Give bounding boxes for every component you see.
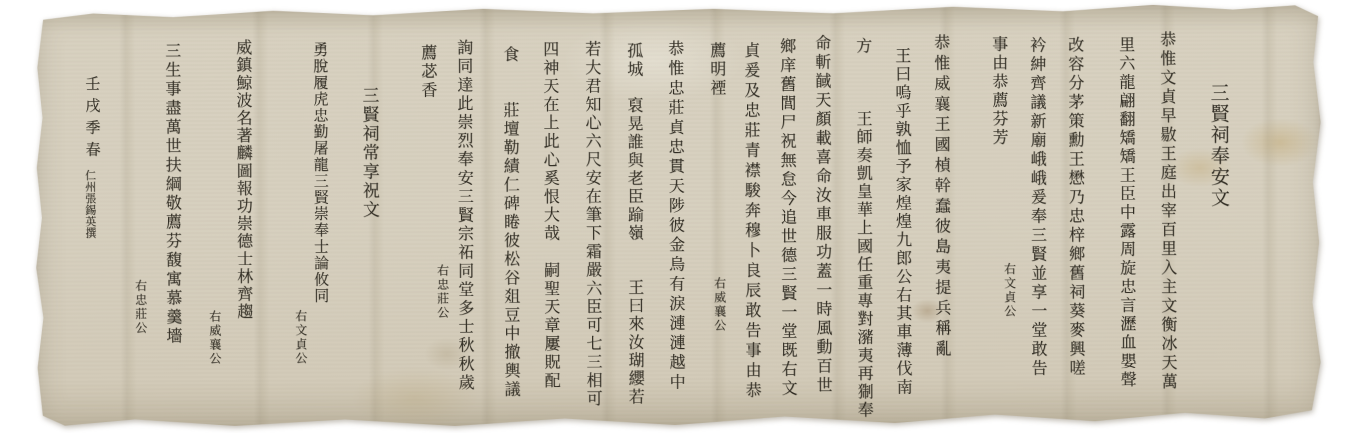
text-column: 壬戌季春 (84, 76, 100, 164)
title-column: 三賢祠常享祝文 (359, 86, 377, 219)
manuscript-paper: 三賢祠奉安文恭惟文貞早敭王庭出宰百里入主文衡冰天萬里六龍翩翻矯矯王臣中露周旋忠言… (33, 2, 1323, 431)
attribution-column: 右忠莊公 (436, 264, 449, 320)
attribution-column: 右忠莊公 (134, 279, 147, 335)
text-column: 威鎮鯨波名著麟圖報功崇德士林齊趨 (234, 39, 252, 321)
text-column: 三生事盡萬世扶綱敬薦芬馥寓慕羹墻 (163, 42, 181, 346)
text-column: 若大君知心六尺安在筆下霜嚴六臣可七三相可 (583, 40, 601, 408)
text-column: 孤城 裒晃誰與老臣踰嶺 王曰來汝瑚纓若 (625, 42, 643, 406)
text-column: 改容分茅策勳王懋乃忠梓鄉舊祠葵麥興嗟 (1066, 36, 1084, 378)
text-column: 薦明禋 (708, 42, 725, 98)
text-column: 四神天在上此心奚恨大哉 嗣聖天章屢貺配 (541, 41, 559, 391)
attribution-column: 右威襄公 (208, 310, 221, 366)
text-column: 恭惟威襄王國楨幹蠢彼島夷提兵稱亂 (932, 34, 950, 360)
text-column: 仁州張錫英撰 (84, 170, 96, 239)
text-column: 詢同達此崇烈奉安三賢宗祏同堂多士秋秋歲 (455, 39, 473, 392)
text-column: 事由恭薦芬芳 (990, 36, 1007, 148)
text-column: 食 莊壇勒績仁碑睠彼松谷爼豆中撤輿議 (501, 46, 519, 399)
text-column: 恭惟忠莊貞忠貫天陟彼金烏有淚漣漣越中 (666, 40, 684, 393)
text-column: 恭惟文貞早敭王庭出宰百里入主文衡冰天萬 (1158, 31, 1176, 392)
title-column: 三賢祠奉安文 (1207, 83, 1227, 209)
attribution-column: 右文貞公 (294, 310, 307, 366)
text-column: 衿紳齊議新廟峨峨爰奉三賢並享一堂敢告 (1028, 36, 1046, 378)
attribution-column: 右文貞公 (1003, 263, 1016, 319)
text-column: 里六龍翩翻矯矯王臣中露周旋忠言瀝血嬰聲 (1117, 36, 1135, 389)
text-column: 命斬馘天顏載喜命汝車服功蓋一時風動百世 (813, 34, 831, 395)
text-column: 貞爰及忠莊青襟駿奔穆卜良辰敢告事由恭 (742, 42, 760, 402)
text-column: 方 王師奏凱皇華上國任重專對瀦夷再猘奉 (854, 37, 872, 419)
text-column: 勇脫履虎忠勤屠龍三賢崇奉士論攸同 (311, 42, 328, 304)
text-column: 薦苾香 (419, 44, 436, 100)
photo-canvas: 三賢祠奉安文恭惟文貞早敭王庭出宰百里入主文衡冰天萬里六龍翩翻矯矯王臣中露周旋忠言… (0, 0, 1360, 433)
text-layer: 三賢祠奉安文恭惟文貞早敭王庭出宰百里入主文衡冰天萬里六龍翩翻矯矯王臣中露周旋忠言… (33, 2, 1323, 431)
text-column: 鄉庠舊閭尸祝無怠今追世德三賢一堂既右文 (778, 37, 796, 398)
text-column: 王曰嗚乎孰恤予家煌煌九郎公右其車薄伐南 (893, 47, 911, 397)
attribution-column: 右威襄公 (713, 277, 726, 333)
